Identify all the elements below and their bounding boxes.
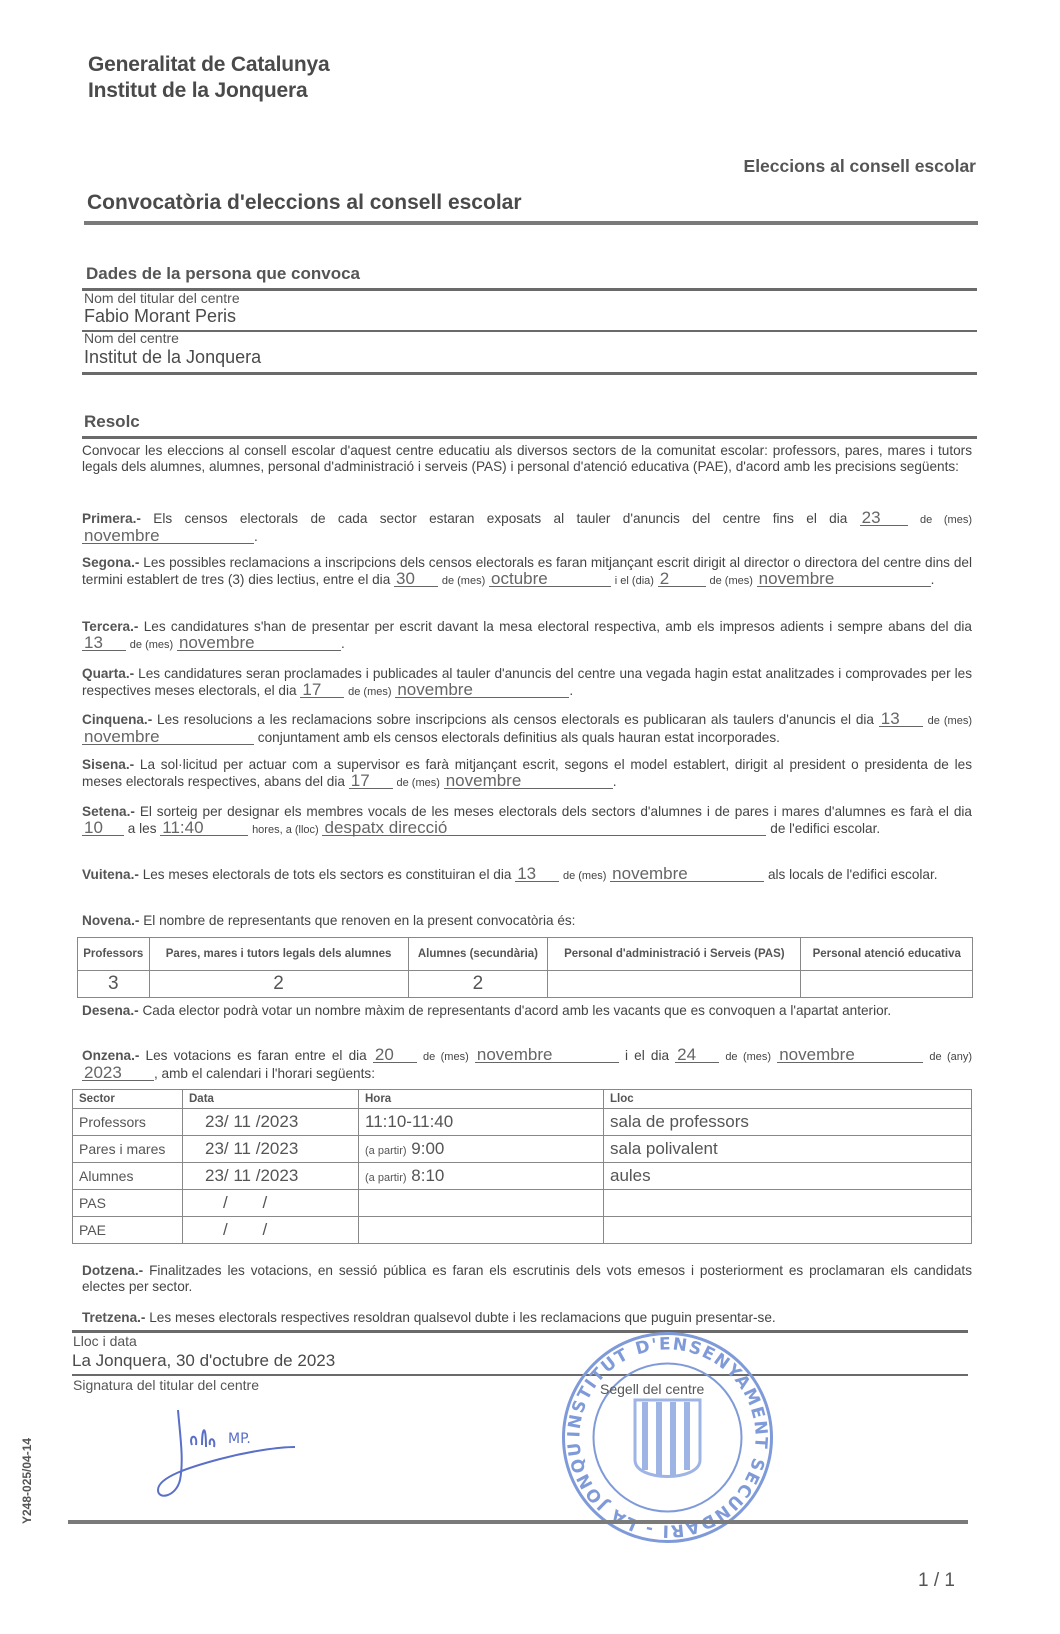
table-cell[interactable]: [801, 971, 973, 998]
table-row: 3 2 2: [78, 971, 973, 998]
sector-cell: PAE: [73, 1217, 183, 1244]
form-code: Y248-025/04-14: [20, 1404, 34, 1524]
org-name: Generalitat de Catalunya: [88, 52, 329, 78]
clause-sisena: Sisena.- La sol·licitud per actuar com a…: [82, 757, 972, 791]
table-header: Professors: [78, 938, 150, 971]
place-cell[interactable]: sala de professors: [604, 1109, 972, 1136]
title-divider: [84, 221, 978, 225]
clause-vuitena: Vuitena.- Les meses electorals de tots e…: [82, 866, 972, 884]
section-label: Eleccions al consell escolar: [744, 156, 976, 177]
holder-field[interactable]: Fabio Morant Peris: [84, 306, 236, 327]
table-row: Professors 23/ 11 /2023 11:10-11:40 sala…: [73, 1109, 972, 1136]
divider: [82, 372, 977, 375]
place-date-field[interactable]: La Jonquera, 30 d'octubre de 2023: [72, 1351, 335, 1371]
page-indicator: 1 / 1: [918, 1570, 955, 1592]
segona-day2-field[interactable]: 2: [658, 571, 706, 587]
cinquena-month-field[interactable]: novembre: [82, 729, 254, 745]
divider: [72, 1374, 968, 1376]
clause-desena: Desena.- Cada elector podrà votar un nom…: [82, 1003, 972, 1019]
table-row: Alumnes 23/ 11 /2023 (a partir) 8:10 aul…: [73, 1163, 972, 1190]
document-title: Convocatòria d'eleccions al consell esco…: [87, 191, 522, 215]
divider: [82, 330, 977, 332]
sector-cell: Alumnes: [73, 1163, 183, 1190]
table-cell[interactable]: 3: [78, 971, 150, 998]
clause-segona: Segona.- Les possibles reclamacions a in…: [82, 555, 972, 589]
date-cell[interactable]: / /: [183, 1190, 359, 1217]
clause-primera: Primera.- Els censos electorals de cada …: [82, 510, 972, 545]
table-cell[interactable]: 2: [149, 971, 408, 998]
setena-place-field[interactable]: despatx direcció: [322, 820, 766, 836]
institute-name: Institut de la Jonquera: [88, 78, 329, 104]
tercera-month-field[interactable]: novembre: [177, 635, 341, 651]
time-cell[interactable]: [359, 1190, 604, 1217]
clause-tercera: Tercera.- Les candidatures s'han de pres…: [82, 619, 972, 653]
vuitena-month-field[interactable]: novembre: [610, 866, 764, 882]
onzena-month1-field[interactable]: novembre: [475, 1047, 619, 1063]
primera-day-field[interactable]: 23: [860, 510, 908, 526]
table-row: PAE / /: [73, 1217, 972, 1244]
clause-novena: Novena.- El nombre de representants que …: [82, 913, 972, 929]
school-seal-icon: INSTITUT D'ENSENYAMENT SECUNDARI - LA JO…: [560, 1330, 775, 1545]
cinquena-day-field[interactable]: 13: [879, 711, 923, 727]
quarta-month-field[interactable]: novembre: [395, 682, 569, 698]
onzena-day1-field[interactable]: 20: [373, 1047, 417, 1063]
table-header: Personal d'administració i Serveis (PAS): [548, 938, 801, 971]
representatives-table: Professors Pares, mares i tutors legals …: [77, 937, 973, 998]
divider: [72, 1330, 968, 1333]
clause-setena: Setena.- El sorteig per designar els mem…: [82, 804, 972, 838]
table-header: Alumnes (secundària): [408, 938, 548, 971]
table-header: Data: [183, 1090, 359, 1109]
centre-label: Nom del centre: [84, 330, 179, 346]
time-cell[interactable]: (a partir) 9:00: [359, 1136, 604, 1163]
table-header: Pares, mares i tutors legals dels alumne…: [149, 938, 408, 971]
place-cell[interactable]: [604, 1190, 972, 1217]
table-header: Lloc: [604, 1090, 972, 1109]
place-cell[interactable]: aules: [604, 1163, 972, 1190]
clause-onzena: Onzena.- Les votacions es faran entre el…: [82, 1047, 972, 1082]
date-cell[interactable]: 23/ 11 /2023: [183, 1163, 359, 1190]
clause-quarta: Quarta.- Les candidatures seran proclama…: [82, 666, 972, 700]
table-row: PAS / /: [73, 1190, 972, 1217]
clause-label: Primera.-: [82, 511, 141, 526]
tercera-day-field[interactable]: 13: [82, 635, 126, 651]
segona-month2-field[interactable]: novembre: [757, 571, 931, 587]
primera-month-field[interactable]: novembre: [82, 528, 254, 544]
time-cell[interactable]: (a partir) 8:10: [359, 1163, 604, 1190]
clause-dotzena: Dotzena.- Finalitzades les votacions, en…: [82, 1263, 972, 1295]
onzena-month2-field[interactable]: novembre: [777, 1047, 923, 1063]
table-cell[interactable]: 2: [408, 971, 548, 998]
time-cell[interactable]: [359, 1217, 604, 1244]
signature-label: Signatura del titular del centre: [73, 1377, 259, 1393]
convener-section-title: Dades de la persona que convoca: [86, 264, 360, 284]
time-cell[interactable]: 11:10-11:40: [359, 1109, 604, 1136]
signature-icon: MP.: [150, 1405, 310, 1505]
table-header: Personal atenció educativa: [801, 938, 973, 971]
quarta-day-field[interactable]: 17: [300, 682, 344, 698]
place-date-label: Lloc i data: [73, 1333, 137, 1349]
place-cell[interactable]: [604, 1217, 972, 1244]
setena-day-field[interactable]: 10: [82, 820, 124, 836]
organization-header: Generalitat de Catalunya Institut de la …: [88, 52, 329, 104]
vuitena-day-field[interactable]: 13: [515, 866, 559, 882]
segona-month1-field[interactable]: octubre: [489, 571, 611, 587]
onzena-year-field[interactable]: 2023: [82, 1065, 154, 1081]
svg-text:MP.: MP.: [228, 1431, 251, 1447]
setena-time-field[interactable]: 11:40: [160, 820, 248, 836]
onzena-day2-field[interactable]: 24: [675, 1047, 719, 1063]
voting-schedule-table: Sector Data Hora Lloc Professors 23/ 11 …: [72, 1089, 972, 1244]
table-row: Pares i mares 23/ 11 /2023 (a partir) 9:…: [73, 1136, 972, 1163]
segona-day1-field[interactable]: 30: [394, 571, 438, 587]
stamp-label: Segell del centre: [600, 1381, 704, 1397]
sector-cell: Pares i mares: [73, 1136, 183, 1163]
table-cell[interactable]: [548, 971, 801, 998]
resolution-intro: Convocar les eleccions al consell escola…: [82, 443, 972, 475]
place-cell[interactable]: sala polivalent: [604, 1136, 972, 1163]
sisena-month-field[interactable]: novembre: [444, 773, 613, 789]
date-cell[interactable]: 23/ 11 /2023: [183, 1136, 359, 1163]
date-cell[interactable]: / /: [183, 1217, 359, 1244]
centre-field[interactable]: Institut de la Jonquera: [84, 347, 261, 368]
sector-cell: Professors: [73, 1109, 183, 1136]
table-header: Sector: [73, 1090, 183, 1109]
divider: [82, 436, 977, 439]
sisena-day-field[interactable]: 17: [349, 773, 393, 789]
table-header: Hora: [359, 1090, 604, 1109]
clause-cinquena: Cinquena.- Les resolucions a les reclama…: [82, 711, 972, 746]
date-cell[interactable]: 23/ 11 /2023: [183, 1109, 359, 1136]
footer-divider: [68, 1520, 968, 1524]
sector-cell: PAS: [73, 1190, 183, 1217]
holder-label: Nom del titular del centre: [84, 290, 240, 306]
clause-tretzena: Tretzena.- Les meses electorals respecti…: [82, 1310, 972, 1326]
resolution-section-title: Resolc: [84, 412, 140, 432]
